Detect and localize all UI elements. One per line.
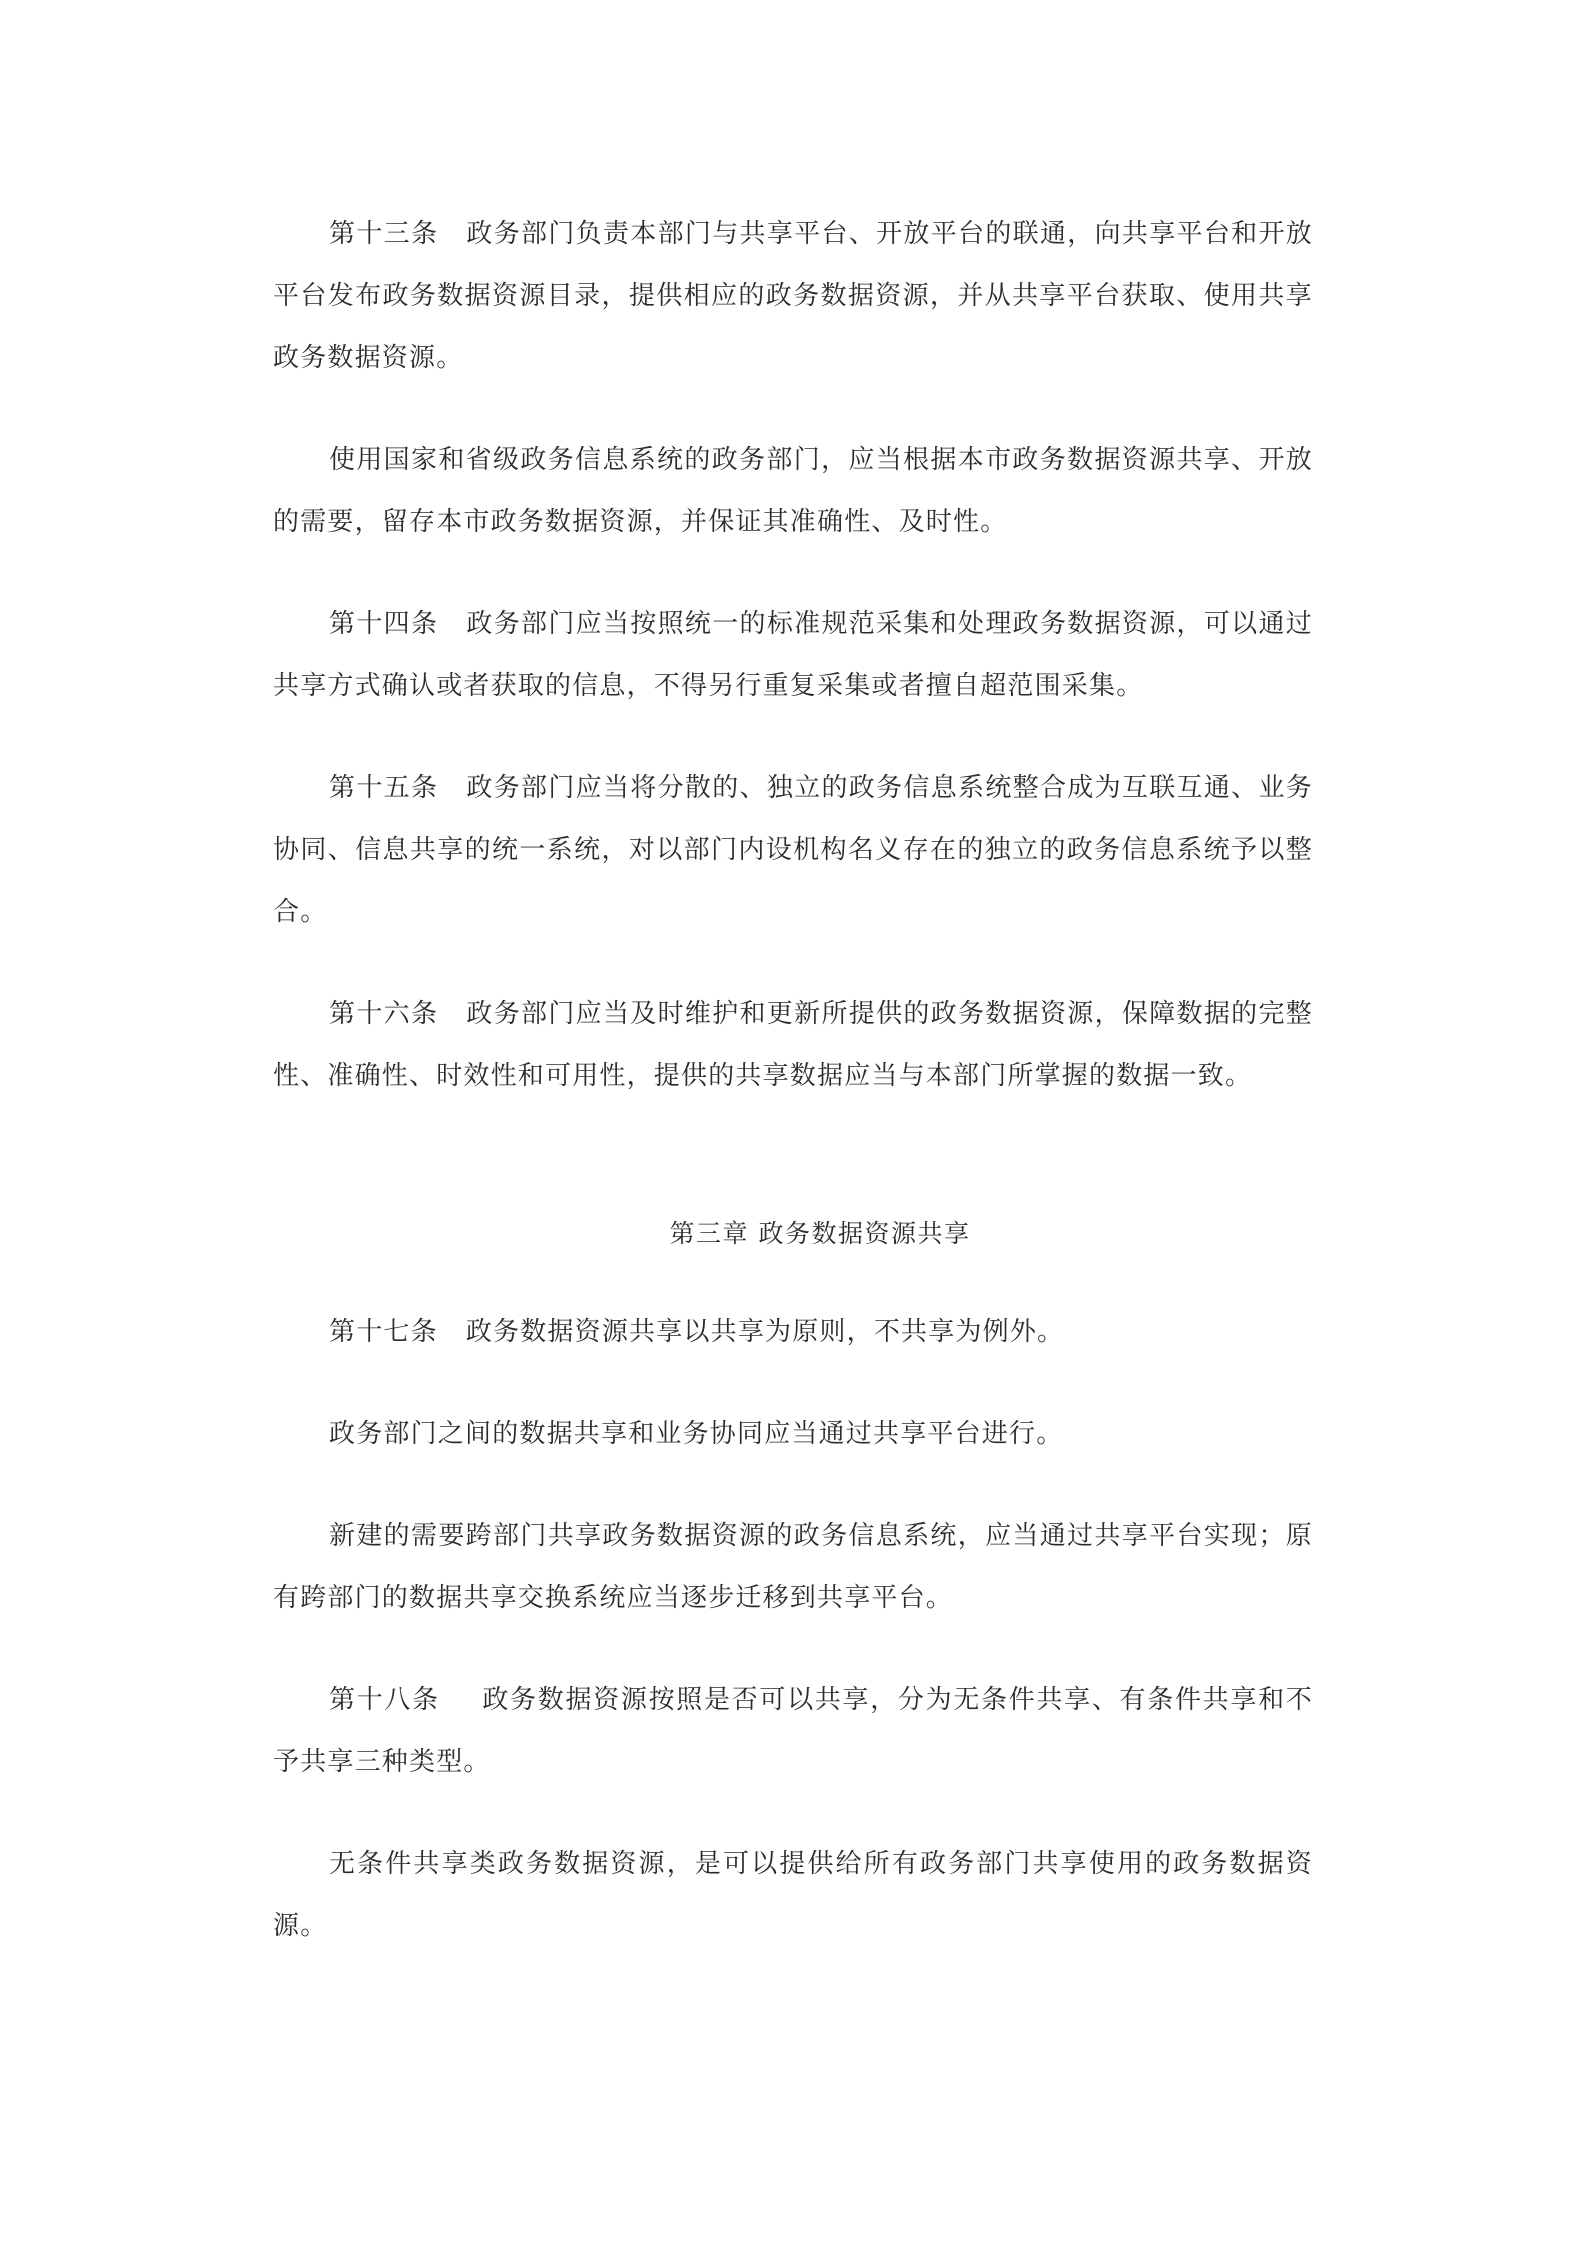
paragraph-text: 无条件共享类政务数据资源，是可以提供给所有政务部门共享使用的政务数据资源。 (273, 1849, 1313, 1941)
paragraph-article-17-clause-3: 新建的需要跨部门共享政务数据资源的政务信息系统，应当通过共享平台实现；原有跨部门… (273, 1505, 1313, 1629)
paragraph-text: 政务数据资源共享以共享为原则，不共享为例外。 (466, 1317, 1064, 1347)
paragraph-article-13: 第十三条政务部门负责本部门与共享平台、开放平台的联通，向共享平台和开放平台发布政… (273, 203, 1313, 389)
paragraph-article-16: 第十六条政务部门应当及时维护和更新所提供的政务数据资源，保障数据的完整性、准确性… (273, 983, 1313, 1107)
article-label: 第十三条 (329, 219, 438, 249)
chapter-title: 第三章 政务数据资源共享 (273, 1203, 1313, 1265)
document-page: 第十三条政务部门负责本部门与共享平台、开放平台的联通，向共享平台和开放平台发布政… (273, 203, 1313, 1957)
article-label: 第十六条 (329, 999, 438, 1029)
section-chapter-3: 第十七条政务数据资源共享以共享为原则，不共享为例外。 政务部门之间的数据共享和业… (273, 1301, 1313, 1957)
paragraph-text: 政务部门之间的数据共享和业务协同应当通过共享平台进行。 (329, 1419, 1063, 1449)
section-before-chapter: 第十三条政务部门负责本部门与共享平台、开放平台的联通，向共享平台和开放平台发布政… (273, 203, 1313, 1107)
paragraph-article-15: 第十五条政务部门应当将分散的、独立的政务信息系统整合成为互联互通、业务协同、信息… (273, 757, 1313, 943)
paragraph-article-17: 第十七条政务数据资源共享以共享为原则，不共享为例外。 (273, 1301, 1313, 1363)
article-label: 第十八条 (329, 1685, 440, 1715)
article-label: 第十五条 (329, 773, 438, 803)
paragraph-article-13-clause-2: 使用国家和省级政务信息系统的政务部门，应当根据本市政务数据资源共享、开放的需要，… (273, 429, 1313, 553)
paragraph-article-18: 第十八条政务数据资源按照是否可以共享，分为无条件共享、有条件共享和不予共享三种类… (273, 1669, 1313, 1793)
paragraph-article-18-clause-2: 无条件共享类政务数据资源，是可以提供给所有政务部门共享使用的政务数据资源。 (273, 1833, 1313, 1957)
article-label: 第十四条 (329, 609, 438, 639)
paragraph-text: 新建的需要跨部门共享政务数据资源的政务信息系统，应当通过共享平台实现；原有跨部门… (273, 1521, 1313, 1613)
paragraph-article-14: 第十四条政务部门应当按照统一的标准规范采集和处理政务数据资源，可以通过共享方式确… (273, 593, 1313, 717)
paragraph-article-17-clause-2: 政务部门之间的数据共享和业务协同应当通过共享平台进行。 (273, 1403, 1313, 1465)
article-label: 第十七条 (329, 1317, 438, 1347)
paragraph-text: 使用国家和省级政务信息系统的政务部门，应当根据本市政务数据资源共享、开放的需要，… (273, 445, 1313, 537)
